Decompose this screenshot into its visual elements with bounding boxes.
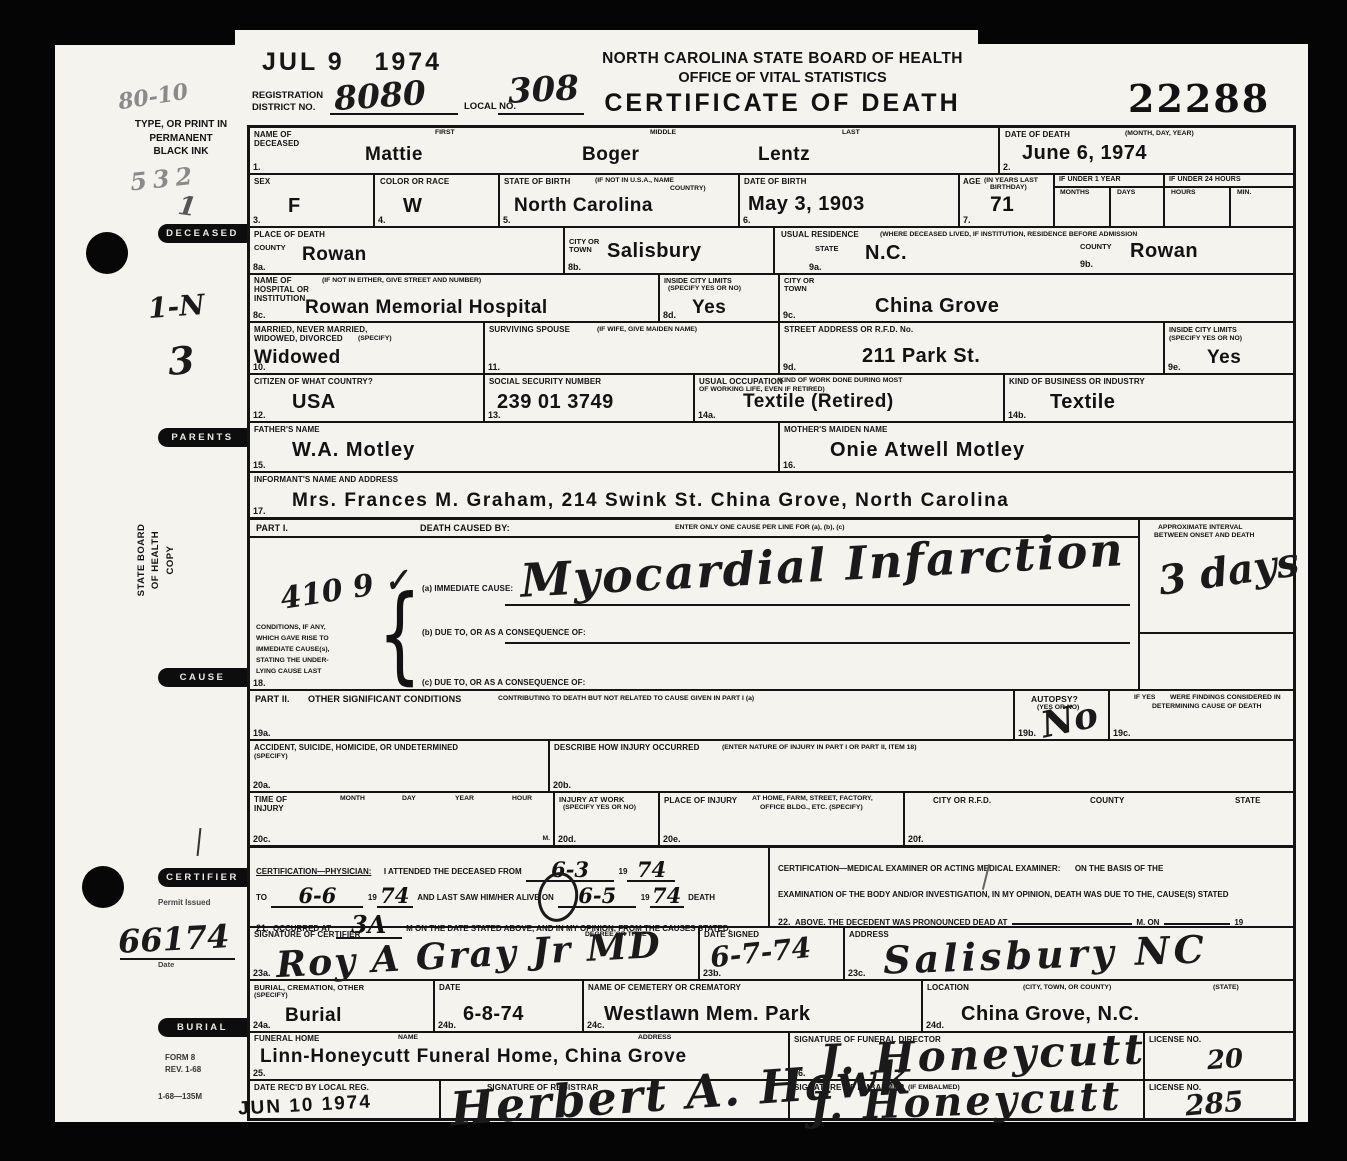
examiner-label: CERTIFICATION—MEDICAL EXAMINER OR ACTING…	[778, 864, 1060, 873]
certifier-address-value: Salisbury NC	[882, 926, 1208, 982]
state-of-birth-sublabel: COUNTRY)	[670, 185, 706, 193]
item-number: 20d.	[558, 834, 576, 844]
field-informant: INFORMANT'S NAME AND ADDRESS 17. Mrs. Fr…	[250, 473, 1293, 517]
field-ssn: SOCIAL SECURITY NUMBER 13. 239 01 3749	[483, 375, 693, 421]
date-of-death-label: DATE OF DEATH	[1005, 130, 1070, 140]
margin-ink-3: 3	[166, 337, 196, 384]
field-if-under-24-hours: IF UNDER 24 HOURS HOURS MIN.	[1163, 175, 1293, 226]
item-number: 7.	[963, 215, 971, 225]
examiner-line-2: EXAMINATION OF THE BODY AND/OR INVESTIGA…	[778, 884, 1229, 902]
office-name: OFFICE OF VITAL STATISTICS	[560, 70, 1005, 86]
mother-value: Onie Atwell Motley	[830, 439, 1025, 462]
field-place-of-injury: PLACE OF INJURY AT HOME, FARM, STREET, F…	[658, 793, 903, 845]
row-hospital: NAME OF (IF NOT IN EITHER, GIVE STREET A…	[250, 275, 1293, 323]
row-citizen: CITIZEN OF WHAT COUNTRY? 12. USA SOCIAL …	[250, 375, 1293, 423]
hour-label: HOUR	[512, 795, 532, 803]
field-certifier-address: ADDRESS 23c. Salisbury NC	[843, 928, 1293, 979]
field-date-received: DATE REC'D BY LOCAL REG. JUN 10 1974	[250, 1081, 439, 1118]
row-certification: CERTIFICATION—PHYSICIAN: I ATTENDED THE …	[250, 848, 1293, 928]
street-address-label: STREET ADDRESS OR R.F.D. No.	[784, 325, 913, 335]
tab-certifier: CERTIFIER	[158, 868, 247, 887]
copy-line: COPY	[164, 495, 178, 625]
field-certification-physician: CERTIFICATION—PHYSICIAN: I ATTENDED THE …	[250, 848, 768, 926]
funeral-home-name-sublabel: NAME	[398, 1034, 418, 1042]
city-or-town-label: TOWN	[569, 246, 592, 255]
license-label: LICENSE NO.	[1149, 1035, 1201, 1045]
findings-label: IF YES	[1134, 694, 1155, 702]
ink-instruction-line: BLACK INK	[122, 145, 240, 159]
place-of-injury-sublabel: AT HOME, FARM, STREET, FACTORY,	[752, 795, 873, 803]
item-number: 9a.	[809, 262, 822, 272]
divider	[1109, 186, 1111, 226]
field-surviving-spouse: SURVIVING SPOUSE (IF WIFE, GIVE MAIDEN N…	[483, 323, 778, 373]
scan-edge-right	[1308, 0, 1347, 1161]
field-death-city: CITY OR TOWN 8b. Salisbury	[563, 228, 773, 273]
conditions-brace: {	[378, 582, 421, 687]
item-number: 8a.	[253, 262, 266, 272]
registration-underline	[330, 113, 458, 115]
due-to-c-label: (c) DUE TO, OR AS A CONSEQUENCE OF:	[422, 678, 585, 688]
age-sublabel: BIRTHDAY)	[990, 184, 1027, 192]
interval-value: 3 days	[1155, 538, 1302, 604]
item-number: 23c.	[848, 968, 866, 978]
time-of-injury-label: INJURY	[254, 804, 284, 814]
item-number: 16.	[783, 460, 796, 470]
location-value: China Grove, N.C.	[961, 1003, 1140, 1026]
tab-parents: PARENTS	[158, 428, 247, 447]
conditions-label: WHICH GAVE RISE TO	[256, 635, 329, 643]
field-death-county: PLACE OF DEATH COUNTY 8a. Rowan	[250, 228, 563, 273]
date-of-birth-label: DATE OF BIRTH	[744, 177, 806, 187]
item-number: 9c.	[783, 310, 796, 320]
father-label: FATHER'S NAME	[254, 425, 320, 435]
date-of-death-sublabel: (MONTH, DAY, YEAR)	[1125, 130, 1194, 138]
burial-date-value: 6-8-74	[463, 1003, 524, 1026]
item-number: 11.	[488, 362, 500, 372]
page-title: CERTIFICATE OF DEATH	[560, 89, 1005, 118]
informant-label: INFORMANT'S NAME AND ADDRESS	[254, 475, 398, 485]
interval-label: BETWEEN ONSET AND DEATH	[1154, 532, 1254, 540]
describe-injury-label: DESCRIBE HOW INJURY OCCURRED	[554, 743, 699, 753]
day-label: DAY	[402, 795, 416, 803]
last-saw-year: 74	[650, 885, 684, 908]
item-number: 9d.	[783, 362, 796, 372]
item-number: 1.	[253, 162, 261, 172]
occupation-sublabel: (KIND OF WORK DONE DURING MOST	[777, 377, 902, 385]
age-label: AGE	[963, 177, 981, 187]
field-accident-type: ACCIDENT, SUICIDE, HOMICIDE, OR UNDETERM…	[250, 741, 548, 791]
injury-county-label: COUNTY	[1090, 796, 1124, 806]
field-embalmer-license: LICENSE NO. 285	[1143, 1081, 1293, 1118]
item-number: 20f.	[908, 834, 924, 844]
field-sex: SEX 3. F	[250, 175, 373, 226]
immediate-cause-label: (a) IMMEDIATE CAUSE:	[422, 584, 513, 594]
injury-state-label: STATE	[1235, 796, 1261, 806]
place-of-injury-label: PLACE OF INJURY	[664, 796, 737, 806]
race-label: COLOR OR RACE	[380, 177, 449, 187]
funeral-home-value: Linn-Honeycutt Funeral Home, China Grove	[260, 1046, 687, 1068]
item-number: 14b.	[1008, 410, 1026, 420]
item-number: 20c.	[253, 834, 271, 844]
date-received-label: DATE REC'D BY LOCAL REG.	[254, 1083, 369, 1093]
item-number: 14a.	[698, 410, 716, 420]
punch-hole	[82, 866, 124, 908]
findings-label: WERE FINDINGS CONSIDERED IN	[1170, 694, 1281, 702]
item-number: 24b.	[438, 1020, 456, 1030]
copy-line: OF HEALTH	[149, 495, 163, 625]
field-certifier-signature: SIGNATURE OF CERTIFIER DEGREE OR TITLE 2…	[250, 928, 698, 979]
field-industry: KIND OF BUSINESS OR INDUSTRY 14b. Textil…	[1003, 375, 1293, 421]
item-number: 24c.	[587, 1020, 605, 1030]
row-accident: ACCIDENT, SUICIDE, HOMICIDE, OR UNDETERM…	[250, 741, 1293, 793]
permit-issued-label: Permit Issued	[158, 898, 210, 907]
form-number-line: FORM 8	[165, 1052, 201, 1064]
director-license-value: 20	[1206, 1044, 1244, 1076]
race-value: W	[403, 195, 422, 218]
accident-sublabel: (SPECIFY)	[254, 753, 288, 761]
field-cemetery: NAME OF CEMETERY OR CREMATORY 24c. Westl…	[582, 981, 921, 1031]
punch-hole	[86, 232, 128, 274]
received-date-stamp-bottom: JUN 10 1974	[238, 1092, 373, 1121]
cemetery-label: NAME OF CEMETERY OR CREMATORY	[588, 983, 741, 993]
location-label: LOCATION	[927, 983, 969, 993]
field-injury-at-work: INJURY AT WORK (SPECIFY YES OR NO) 20d.	[553, 793, 658, 845]
field-interval: APPROXIMATE INTERVAL BETWEEN ONSET AND D…	[1138, 520, 1293, 689]
last-column-label: LAST	[842, 129, 860, 137]
findings-label: DETERMINING CAUSE OF DEATH	[1152, 703, 1261, 711]
industry-value: Textile	[1050, 391, 1115, 414]
attended-to-date: 6-6	[271, 885, 363, 908]
death-word: DEATH	[688, 893, 715, 902]
residence-state-label: STATE	[815, 245, 838, 254]
sex-value: F	[288, 195, 301, 218]
min-label: MIN.	[1237, 189, 1251, 197]
date-of-death-value: June 6, 1974	[1022, 142, 1147, 165]
scan-edge	[978, 30, 1308, 44]
burial-type-sublabel: (SPECIFY)	[254, 992, 288, 1000]
field-marital-status: MARRIED, NEVER MARRIED, WIDOWED, DIVORCE…	[250, 323, 483, 373]
year-prefix: 19	[368, 893, 377, 902]
spouse-sublabel: (IF WIFE, GIVE MAIDEN NAME)	[597, 326, 697, 334]
location-sublabel: (STATE)	[1213, 984, 1239, 992]
item-number: 3.	[253, 215, 261, 225]
burial-date-label: DATE	[439, 983, 461, 993]
copy-designation: STATE BOARD OF HEALTH COPY	[135, 495, 215, 625]
header-titles: NORTH CAROLINA STATE BOARD OF HEALTH OFF…	[560, 50, 1005, 118]
citizen-value: USA	[292, 391, 336, 414]
burial-type-value: Burial	[285, 1005, 342, 1027]
mother-label: MOTHER'S MAIDEN NAME	[784, 425, 887, 435]
last-saw-text: AND LAST SAW HIM/HER ALIVE ON	[417, 893, 554, 902]
field-race: COLOR OR RACE 4. W	[373, 175, 498, 226]
form-number-line: REV. 1-68	[165, 1064, 201, 1076]
item-number: 19c.	[1113, 728, 1131, 738]
tab-deceased: DECEASED	[158, 224, 247, 243]
conditions-label: LYING CAUSE LAST	[256, 668, 321, 676]
examiner-text: 19	[1234, 918, 1243, 927]
inside-city-limits-value: Yes	[1207, 347, 1241, 369]
hours-label: HOURS	[1171, 189, 1196, 197]
certificate-form: NAME OF DECEASED FIRST MIDDLE LAST 1. Ma…	[247, 125, 1296, 1121]
under-24-hours-label: IF UNDER 24 HOURS	[1169, 176, 1241, 184]
scan-edge-left	[0, 0, 55, 1161]
scan-edge-bottom	[0, 1122, 1347, 1161]
field-if-under-1-year: IF UNDER 1 YEAR MONTHS DAYS	[1053, 175, 1163, 226]
field-hospital: NAME OF (IF NOT IN EITHER, GIVE STREET A…	[250, 275, 658, 321]
physician-label: CERTIFICATION—PHYSICIAN:	[256, 867, 371, 876]
part1-title: DEATH CAUSED BY:	[420, 523, 510, 534]
year-prefix: 19	[641, 893, 650, 902]
registration-district-label: REGISTRATION DISTRICT NO.	[252, 90, 323, 114]
certificate-number: 22288	[1128, 76, 1270, 121]
field-burial-location: LOCATION (CITY, TOWN, OR COUNTY) (STATE)…	[921, 981, 1293, 1031]
attended-to-year: 74	[377, 885, 413, 908]
residence-city-label: TOWN	[784, 285, 807, 294]
margin-ink-1n: 1-N	[147, 288, 206, 325]
item-number: 15.	[253, 460, 266, 470]
item-number: 20a.	[253, 780, 271, 790]
item-number: 8c.	[253, 310, 266, 320]
inside-city-limits-sublabel: (SPECIFY YES OR NO)	[668, 285, 741, 293]
item-number: 19a.	[253, 728, 271, 738]
registration-label-line: DISTRICT NO.	[252, 102, 323, 114]
citizen-label: CITIZEN OF WHAT COUNTRY?	[254, 377, 373, 387]
row-place-of-death: PLACE OF DEATH COUNTY 8a. Rowan CITY OR …	[250, 228, 1293, 275]
form-number: FORM 8 REV. 1-68	[165, 1052, 201, 1076]
row-cause-part2: PART II. OTHER SIGNIFICANT CONDITIONS CO…	[250, 691, 1293, 741]
conditions-label: STATING THE UNDER-	[256, 657, 329, 665]
age-value: 71	[990, 193, 1014, 217]
copy-line: STATE BOARD	[135, 495, 149, 625]
attended-text: I ATTENDED THE DECEASED FROM	[384, 867, 522, 876]
divider	[1229, 186, 1231, 226]
ink-instruction-line: TYPE, OR PRINT IN	[122, 118, 240, 132]
examiner-text: EXAMINATION OF THE BODY AND/OR INVESTIGA…	[778, 890, 1229, 899]
part2-title: OTHER SIGNIFICANT CONDITIONS	[308, 694, 461, 705]
field-usual-residence: USUAL RESIDENCE (WHERE DECEASED LIVED, I…	[773, 228, 1293, 273]
field-citizen: CITIZEN OF WHAT COUNTRY? 12. USA	[250, 375, 483, 421]
item-number: 17.	[253, 506, 266, 516]
inside-city-limits-sublabel: (SPECIFY YES OR NO)	[1169, 335, 1242, 343]
place-of-injury-sublabel: OFFICE BLDG., ETC. (SPECIFY)	[760, 804, 863, 812]
item-number: 8d.	[663, 310, 676, 320]
first-column-label: FIRST	[435, 129, 455, 137]
describe-injury-sublabel: (ENTER NATURE OF INJURY IN PART I OR PAR…	[722, 744, 916, 752]
registration-label-line: REGISTRATION	[252, 90, 323, 102]
state-of-birth-sublabel: (IF NOT IN U.S.A., NAME	[595, 177, 674, 185]
tab-cause: CAUSE	[158, 668, 247, 687]
divider	[1140, 632, 1293, 634]
year-label: YEAR	[455, 795, 474, 803]
examiner-text: ABOVE. THE DECEDENT WAS PRONOUNCED DEAD …	[795, 918, 1007, 927]
funeral-home-label: FUNERAL HOME	[254, 1034, 320, 1044]
field-date-of-birth: DATE OF BIRTH 6. May 3, 1903	[738, 175, 958, 226]
row-cause-part1: PART I. DEATH CAUSED BY: ENTER ONLY ONE …	[250, 520, 1293, 691]
item-number: 24d.	[926, 1020, 944, 1030]
to-label: TO	[256, 893, 267, 902]
item-number: 19b.	[1018, 728, 1036, 738]
field-burial-date: DATE 24b. 6-8-74	[433, 981, 582, 1031]
field-time-of-injury: TIME OF INJURY MONTH DAY YEAR HOUR 20c. …	[250, 793, 553, 845]
inside-city-limits-label: INSIDE CITY LIMITS	[1169, 326, 1237, 334]
field-certification-examiner: CERTIFICATION—MEDICAL EXAMINER OR ACTING…	[768, 848, 1293, 926]
field-director-license: LICENSE NO. 20	[1143, 1033, 1293, 1079]
row-injury-detail: TIME OF INJURY MONTH DAY YEAR HOUR 20c. …	[250, 793, 1293, 848]
item-number: 8b.	[568, 262, 581, 272]
permit-number: 66174	[117, 917, 230, 961]
item-number: 24a.	[253, 1020, 271, 1030]
field-residence-inside-city-limits: INSIDE CITY LIMITS (SPECIFY YES OR NO) 9…	[1163, 323, 1293, 373]
examiner-line-1: CERTIFICATION—MEDICAL EXAMINER OR ACTING…	[778, 858, 1163, 876]
certifier-signature-label: SIGNATURE OF CERTIFIER	[254, 930, 361, 940]
item-number: 9e.	[1168, 362, 1181, 372]
item-number: 20b.	[553, 780, 571, 790]
physician-line-2: TO 6-6 1974 AND LAST SAW HIM/HER ALIVE O…	[256, 882, 715, 905]
interval-label: APPROXIMATE INTERVAL	[1158, 524, 1243, 532]
field-describe-injury: DESCRIBE HOW INJURY OCCURRED (ENTER NATU…	[548, 741, 1293, 791]
permit-underline	[120, 958, 235, 960]
ssn-value: 239 01 3749	[497, 391, 614, 414]
injury-at-work-sublabel: (SPECIFY YES OR NO)	[563, 804, 636, 812]
informant-value: Mrs. Frances M. Graham, 214 Swink St. Ch…	[292, 490, 1009, 512]
spouse-label: SURVIVING SPOUSE	[489, 325, 570, 335]
conditions-label: CONDITIONS, IF ANY,	[256, 624, 326, 632]
inside-city-limits-value: Yes	[692, 297, 726, 319]
scan-edge	[55, 30, 235, 45]
state-of-birth-value: North Carolina	[514, 195, 653, 217]
field-father: FATHER'S NAME 15. W.A. Motley	[250, 423, 778, 471]
row-marital: MARRIED, NEVER MARRIED, WIDOWED, DIVORCE…	[250, 323, 1293, 375]
marital-sublabel: (SPECIFY)	[358, 335, 392, 343]
item-number: 6.	[743, 215, 751, 225]
state-of-birth-label: STATE OF BIRTH	[504, 177, 570, 187]
item-number: 23a.	[253, 968, 271, 978]
item-number: 2.	[1003, 162, 1011, 172]
residence-county-value: Rowan	[1130, 240, 1198, 263]
physician-line-1: CERTIFICATION—PHYSICIAN: I ATTENDED THE …	[256, 856, 675, 879]
county-label: COUNTY	[254, 244, 286, 253]
item-number: 18.	[253, 678, 266, 688]
ssn-label: SOCIAL SECURITY NUMBER	[489, 377, 601, 387]
examiner-text: M. ON	[1136, 918, 1159, 927]
field-mother: MOTHER'S MAIDEN NAME 16. Onie Atwell Mot…	[778, 423, 1293, 471]
board-name: NORTH CAROLINA STATE BOARD OF HEALTH	[560, 50, 1005, 68]
examiner-text: ON THE BASIS OF THE	[1075, 864, 1163, 873]
row-parents: FATHER'S NAME 15. W.A. Motley MOTHER'S M…	[250, 423, 1293, 473]
cemetery-value: Westlawn Mem. Park	[604, 1003, 810, 1026]
item-number: 25.	[253, 1068, 266, 1078]
tab-burial: BURIAL	[158, 1018, 247, 1037]
item-number: 20e.	[663, 834, 681, 844]
row-vitals: SEX 3. F COLOR OR RACE 4. W STATE OF BIR…	[250, 175, 1293, 228]
field-autopsy-findings: IF YES WERE FINDINGS CONSIDERED IN DETER…	[1108, 691, 1293, 739]
part1-label: PART I.	[256, 523, 288, 534]
months-label: MONTHS	[1060, 189, 1089, 197]
year-prefix: 19	[619, 867, 628, 876]
part1-note: ENTER ONLY ONE CAUSE PER LINE FOR (a), (…	[675, 524, 845, 532]
item-number: 5.	[503, 215, 511, 225]
field-name-of-deceased: NAME OF DECEASED FIRST MIDDLE LAST 1. Ma…	[250, 128, 998, 173]
residence-city-value: China Grove	[875, 295, 999, 318]
field-burial-type: BURIAL, CREMATION, OTHER (SPECIFY) 24a. …	[250, 981, 433, 1031]
death-county-value: Rowan	[302, 244, 367, 266]
row-informant: INFORMANT'S NAME AND ADDRESS 17. Mrs. Fr…	[250, 473, 1293, 520]
injury-city-label: CITY OR R.F.D.	[933, 796, 991, 806]
usual-residence-sublabel: (WHERE DECEASED LIVED, IF INSTITUTION, R…	[880, 231, 1137, 239]
attended-from-year: 74	[627, 859, 675, 882]
residence-county-label: COUNTY	[1080, 243, 1112, 252]
row-name: NAME OF DECEASED FIRST MIDDLE LAST 1. Ma…	[250, 128, 1293, 175]
scanned-death-certificate: 80-10 TYPE, OR PRINT IN PERMANENT BLACK …	[0, 0, 1347, 1161]
injury-at-work-label: INJURY AT WORK	[559, 795, 625, 804]
residence-state-value: N.C.	[865, 242, 907, 265]
item-number: 12.	[253, 410, 266, 420]
field-cause-of-death: PART I. DEATH CAUSED BY: ENTER ONLY ONE …	[250, 520, 1138, 689]
date-of-birth-value: May 3, 1903	[748, 193, 865, 216]
field-other-conditions: PART II. OTHER SIGNIFICANT CONDITIONS CO…	[250, 691, 1013, 739]
field-street-address: STREET ADDRESS OR R.F.D. No. 9d. 211 Par…	[778, 323, 1163, 373]
item-number: 4.	[378, 215, 386, 225]
accident-label: ACCIDENT, SUICIDE, HOMICIDE, OR UNDETERM…	[254, 743, 458, 752]
marital-value: Widowed	[254, 347, 341, 369]
father-value: W.A. Motley	[292, 439, 415, 462]
ink-instruction-line: PERMANENT	[122, 132, 240, 146]
field-autopsy: AUTOPSY? (YES OR NO) 19b. No	[1013, 691, 1108, 739]
funeral-home-address-sublabel: ADDRESS	[638, 1034, 671, 1042]
place-of-death-label: PLACE OF DEATH	[254, 230, 325, 240]
street-address-value: 211 Park St.	[862, 345, 980, 368]
industry-label: KIND OF BUSINESS OR INDUSTRY	[1009, 377, 1145, 387]
under-1-year-label: IF UNDER 1 YEAR	[1059, 176, 1121, 184]
occupation-value: Textile (Retired)	[743, 391, 894, 413]
item-number: 22.	[778, 917, 791, 927]
field-residence-city: CITY OR TOWN 9c. China Grove	[778, 275, 1293, 321]
hospital-value: Rowan Memorial Hospital	[305, 297, 548, 319]
days-label: DAYS	[1117, 189, 1135, 197]
scan-edge-top	[0, 0, 1347, 30]
usual-residence-label: USUAL RESIDENCE	[781, 230, 859, 240]
ink-instruction: TYPE, OR PRINT IN PERMANENT BLACK INK	[122, 118, 240, 159]
part2-note: CONTRIBUTING TO DEATH BUT NOT RELATED TO…	[498, 695, 754, 703]
field-death-inside-city-limits: INSIDE CITY LIMITS (SPECIFY YES OR NO) 8…	[658, 275, 778, 321]
field-date-signed: DATE SIGNED 23b. 6-7-74	[698, 928, 843, 979]
row-certifier-signature: SIGNATURE OF CERTIFIER DEGREE OR TITLE 2…	[250, 928, 1293, 981]
middle-name-value: Boger	[582, 144, 639, 166]
first-name-value: Mattie	[365, 144, 423, 166]
hospital-sublabel: (IF NOT IN EITHER, GIVE STREET AND NUMBE…	[322, 277, 481, 285]
item-number: 9b.	[1080, 259, 1093, 269]
immediate-cause-line	[505, 604, 1130, 606]
permit-date-label: Date	[158, 960, 174, 969]
form-print-run: 1-68—135M	[158, 1092, 202, 1101]
name-label: DECEASED	[254, 139, 299, 149]
meridiem-label: M.	[542, 835, 550, 843]
sex-label: SEX	[254, 177, 270, 187]
field-date-of-death: DATE OF DEATH (MONTH, DAY, YEAR) 2. June…	[998, 128, 1293, 173]
location-sublabel: (CITY, TOWN, OR COUNTY)	[1023, 984, 1111, 992]
registration-district-value: 8080	[333, 73, 427, 118]
part2-label: PART II.	[255, 694, 290, 705]
embalmer-license-value: 285	[1184, 1085, 1245, 1123]
field-occupation: USUAL OCCUPATION (KIND OF WORK DONE DURI…	[693, 375, 1003, 421]
month-label: MONTH	[340, 795, 365, 803]
field-state-of-birth: STATE OF BIRTH (IF NOT IN U.S.A., NAME C…	[498, 175, 738, 226]
death-city-value: Salisbury	[607, 240, 702, 263]
field-injury-location: CITY OR R.F.D. COUNTY STATE 20f.	[903, 793, 1293, 845]
hospital-label: INSTITUTION	[254, 294, 305, 304]
due-to-b-label: (b) DUE TO, OR AS A CONSEQUENCE OF:	[422, 628, 586, 638]
last-name-value: Lentz	[758, 144, 810, 166]
